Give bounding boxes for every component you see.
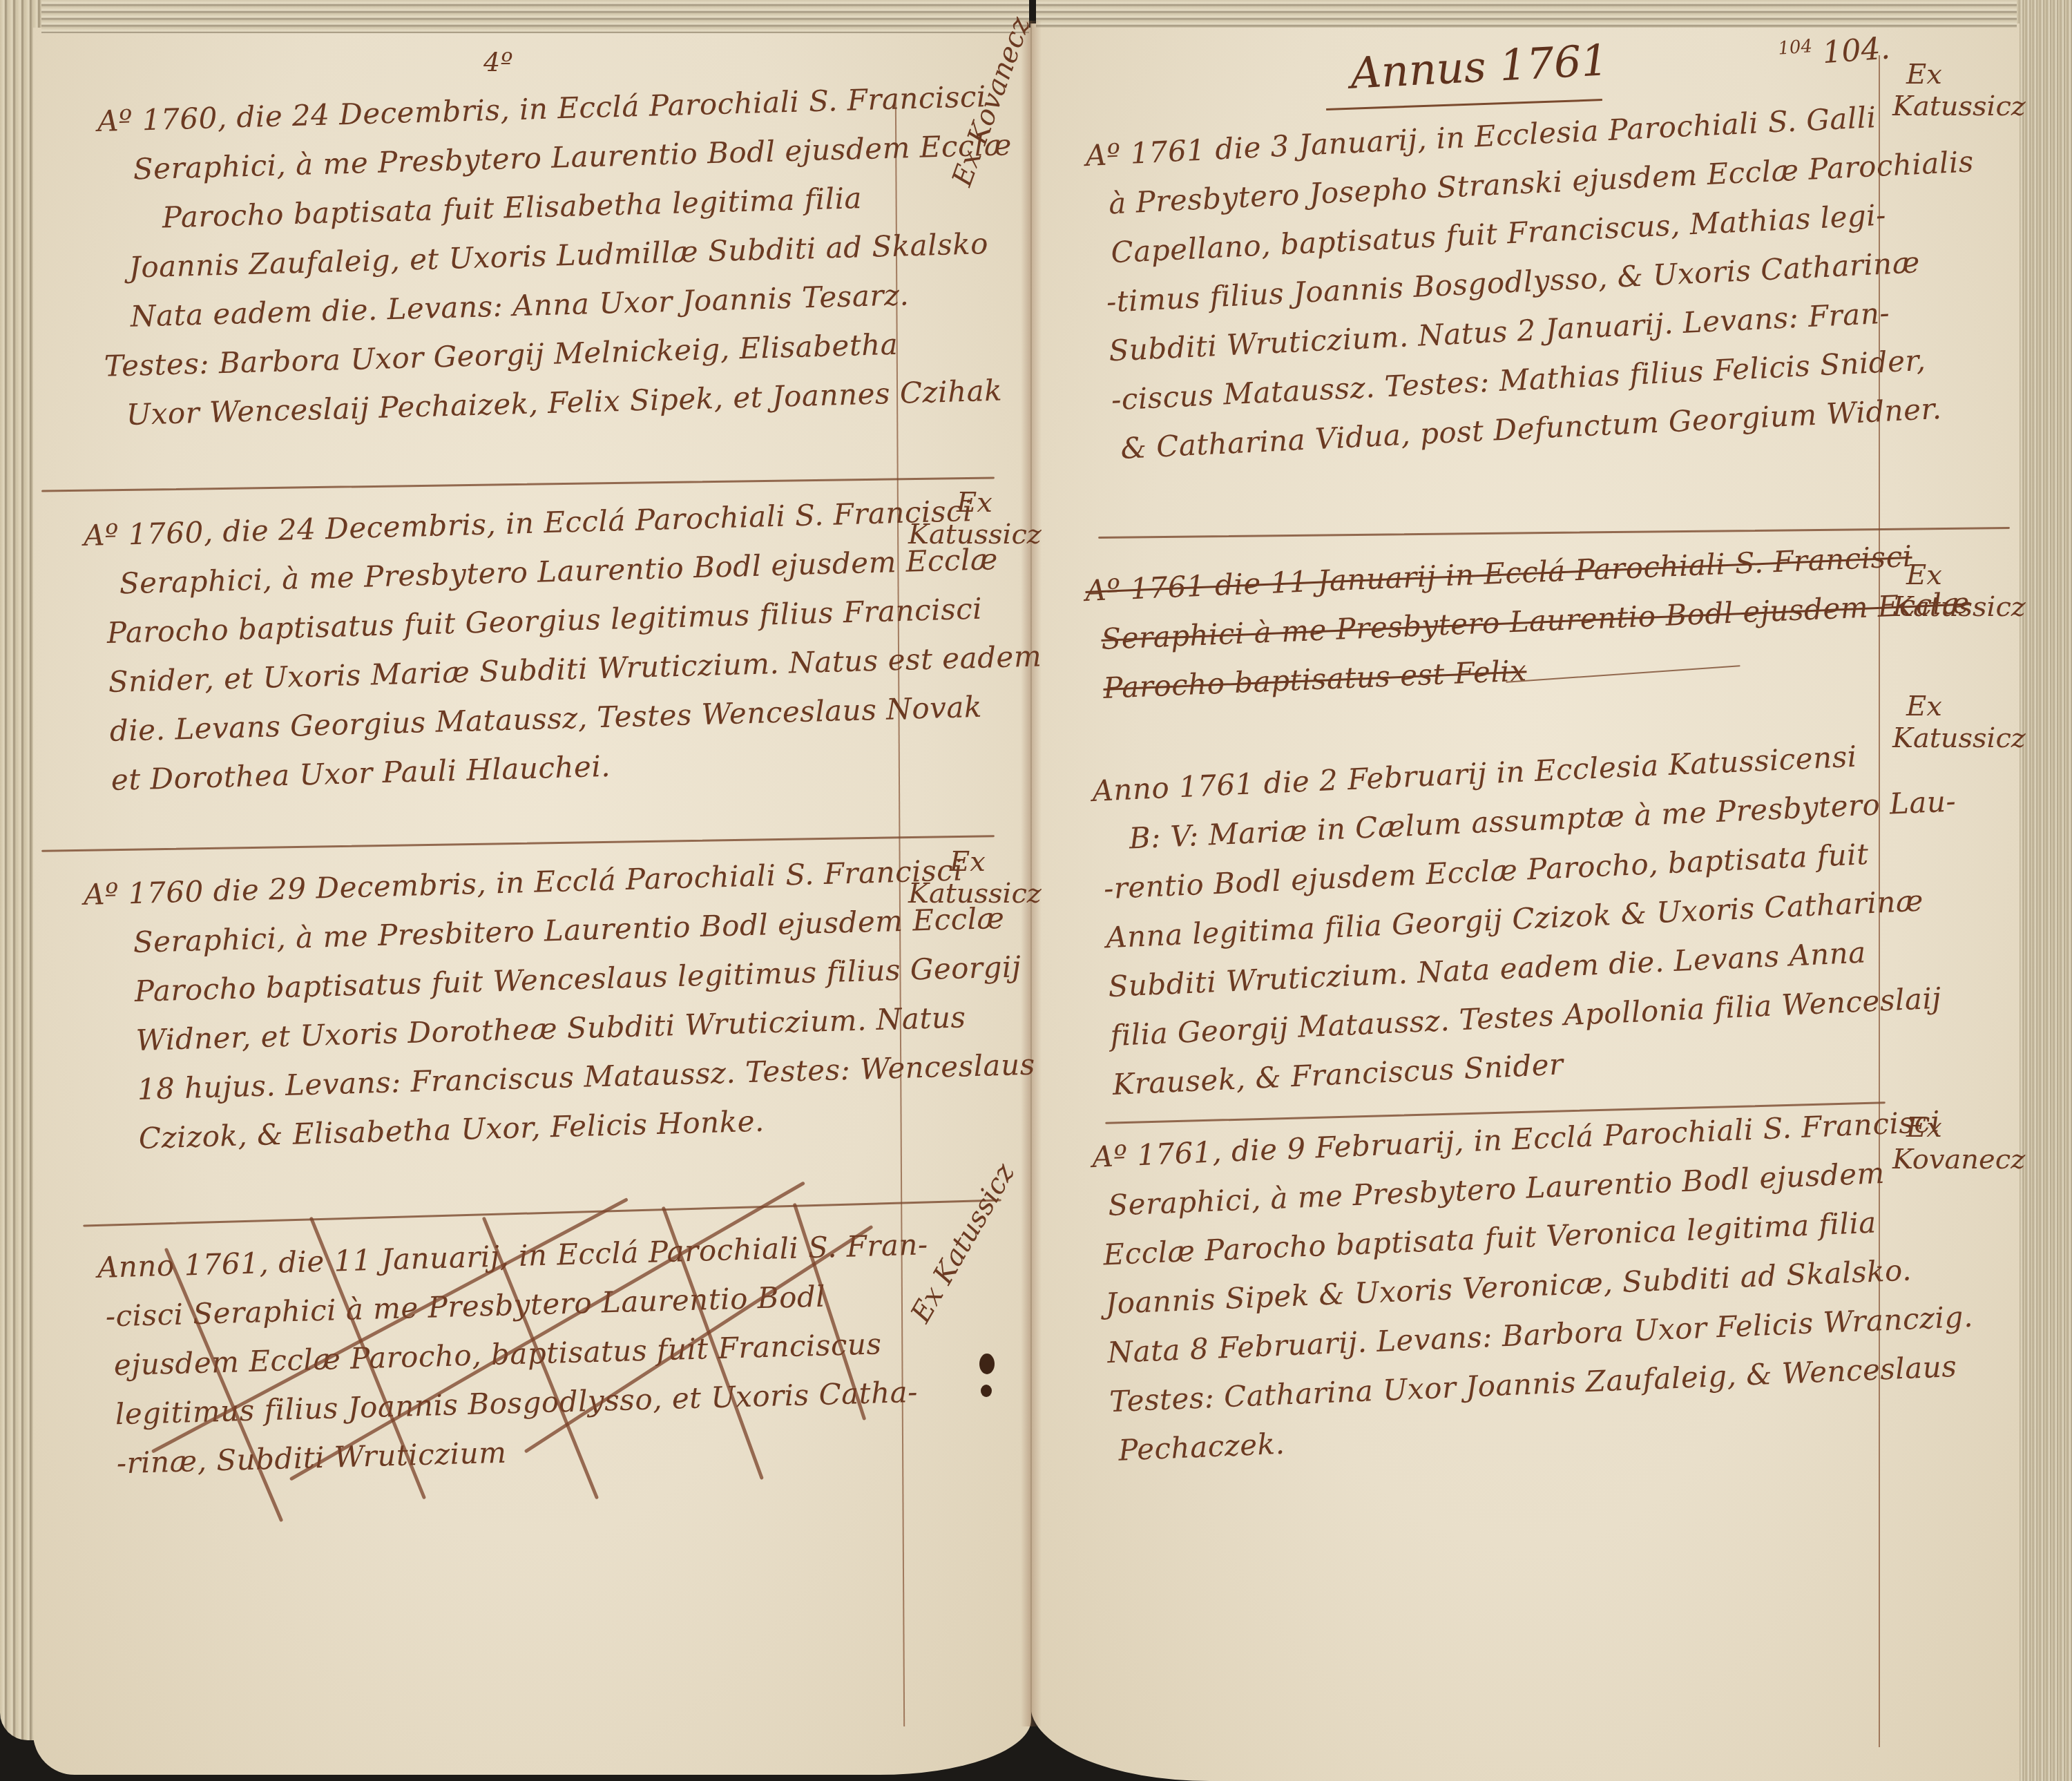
entry-left-3: Aº 1760 die 29 Decembris, in Ecclá Paroc… (83, 844, 1037, 1164)
margin-note-right-2: Ex Katussicz (1892, 559, 2026, 623)
margin-note-right-3: Ex Katussicz (1892, 691, 2026, 754)
ink-blot (979, 1354, 995, 1374)
margin-note-right-1: Ex Katussicz (1892, 59, 2026, 122)
margin-note-left-2: Ex Katussicz (908, 487, 1042, 550)
entry-right-4: Aº 1761, die 9 Februarij, in Ecclá Paroc… (1091, 1096, 1978, 1476)
top-mark: 4º (483, 38, 513, 87)
ink-blot (981, 1385, 992, 1397)
right-page-edges (2017, 0, 2072, 1781)
entry-left-2: Aº 1760, die 24 Decembris, in Ecclá Paro… (83, 484, 1045, 805)
open-register-book: 4º Aº 1760, die 24 Decembris, in Ecclá P… (0, 0, 2072, 1781)
margin-note-left-3: Ex Katussicz (908, 846, 1042, 909)
entry-left-1: Aº 1760, die 24 Decembris, in Ecclá Paro… (97, 71, 1019, 440)
entry-right-3: Anno 1761 die 2 Februarij in Ecclesia Ka… (1091, 727, 1968, 1109)
left-top-edges (41, 0, 1029, 33)
entry-right-1: Aº 1761 die 3 Januarij, in Ecclesia Paro… (1084, 88, 1987, 474)
margin-note-right-4: Ex Kovanecz (1892, 1112, 2025, 1175)
right-top-edges (1036, 0, 2017, 28)
